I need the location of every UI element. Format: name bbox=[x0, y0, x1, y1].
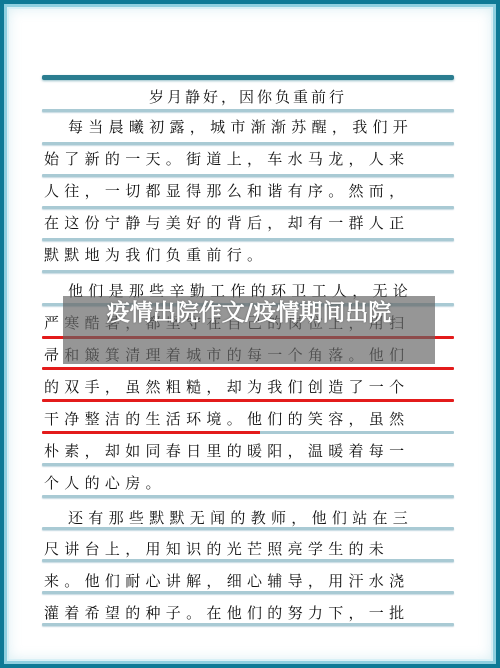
essay-line: 灌着希望的种子。在他们的努力下，一批 bbox=[44, 602, 454, 623]
ruled-line bbox=[42, 206, 454, 209]
ruled-line bbox=[42, 623, 454, 626]
ruled-line bbox=[42, 270, 454, 273]
essay-line: 始了新的一天。街道上，车水马龙，人来 bbox=[44, 148, 454, 169]
essay-line: 干净整洁的生活环境。他们的笑容，虽然 bbox=[44, 408, 454, 429]
headline-overlay-text[interactable]: 疫情出院作文/疫情期间出院 bbox=[63, 298, 435, 329]
highlight-underline bbox=[42, 399, 454, 402]
essay-line: 来。他们耐心讲解，细心辅导，用汗水浇 bbox=[44, 570, 454, 591]
ruled-line bbox=[42, 238, 454, 241]
ruled-line bbox=[42, 174, 454, 177]
essay-line: 还有那些默默无闻的教师，他们站在三 bbox=[44, 507, 454, 528]
essay-line: 的双手，虽然粗糙，却为我们创造了一个 bbox=[44, 376, 454, 397]
title-top-rule bbox=[42, 75, 454, 80]
ruled-line bbox=[42, 527, 454, 530]
ruled-line bbox=[42, 495, 454, 498]
ruled-line bbox=[42, 591, 454, 594]
ruled-line bbox=[42, 142, 454, 145]
essay-line: 尺讲台上，用知识的光芒照亮学生的未 bbox=[44, 538, 454, 559]
essay-line: 朴素，却如同春日里的暖阳，温暖着每一 bbox=[44, 440, 454, 461]
title-bottom-rule bbox=[42, 109, 454, 112]
ruled-line bbox=[42, 559, 454, 562]
essay-line: 默默地为我们负重前行。 bbox=[44, 244, 454, 265]
essay-line: 在这份宁静与美好的背后，却有一群人正 bbox=[44, 212, 454, 233]
highlight-underline bbox=[42, 367, 454, 370]
ruled-line bbox=[42, 463, 454, 466]
essay-title: 岁月静好，因你负重前行 bbox=[42, 86, 454, 107]
essay-line: 每当晨曦初露，城市渐渐苏醒，我们开 bbox=[44, 116, 454, 137]
highlight-underline-partial bbox=[42, 431, 454, 434]
essay-line: 个人的心房。 bbox=[44, 472, 454, 493]
essay-line: 人往，一切都显得那么和谐有序。然而， bbox=[44, 180, 454, 201]
